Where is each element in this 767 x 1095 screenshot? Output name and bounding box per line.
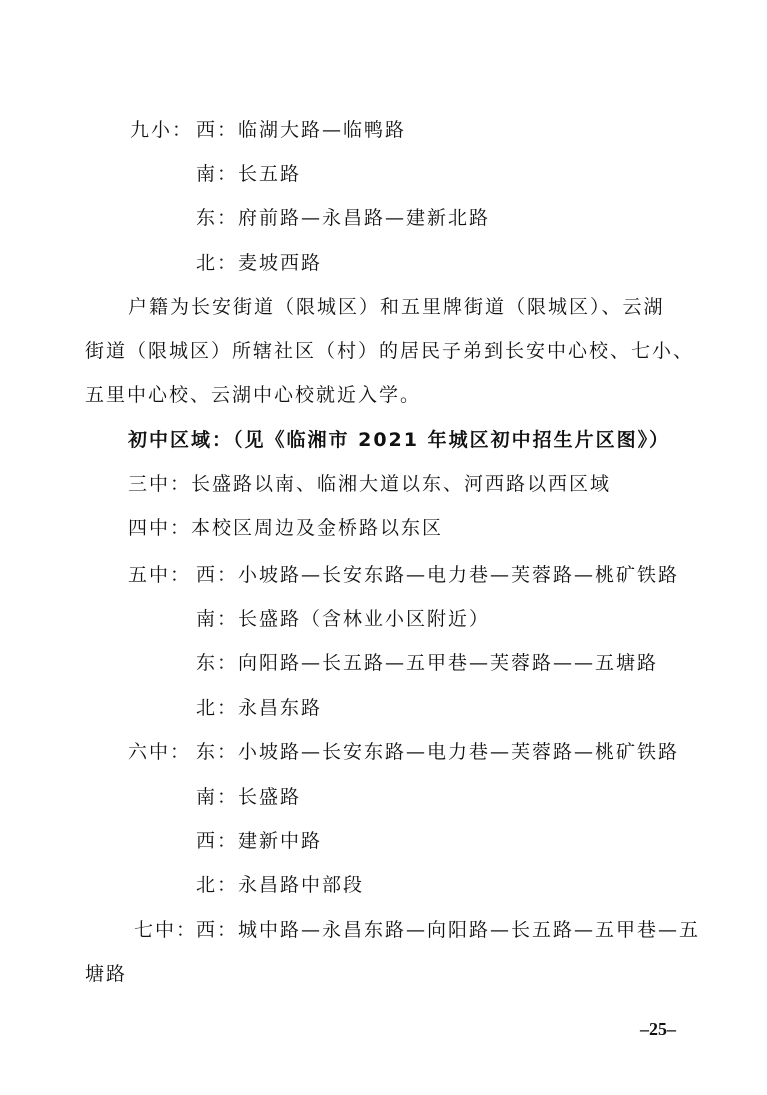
qizhong-west-boundary-line-1: 西：城中路—永昌东路—向阳路—长五路—五甲巷—五	[196, 918, 700, 942]
wuzhong-north-boundary: 北：永昌东路	[196, 696, 322, 720]
residence-paragraph-line-3: 五里中心校、云湖中心校就近入学。	[85, 383, 421, 407]
liuzhong-west-boundary: 西：建新中路	[196, 829, 322, 853]
liuzhong-east-boundary: 东：小坡路—长安东路—电力巷—芙蓉路—桃矿铁路	[196, 740, 679, 764]
sanzhong-region: 三中：长盛路以南、临湘大道以东、河西路以西区域	[128, 472, 611, 496]
jiuxiao-west-boundary: 西：临湖大路—临鸭路	[196, 118, 406, 142]
liuzhong-north-boundary: 北：永昌路中部段	[196, 873, 364, 897]
school-label-liuzhong: 六中：	[128, 740, 191, 764]
wuzhong-south-boundary: 南：长盛路（含林业小区附近）	[196, 607, 490, 631]
school-label-qizhong: 七中：	[134, 918, 197, 942]
residence-paragraph-line-2: 街道（限城区）所辖社区（村）的居民子弟到长安中心校、七小、	[85, 339, 694, 363]
school-label-jiuxiao: 九小：	[130, 118, 193, 142]
residence-paragraph-line-1: 户籍为长安街道（限城区）和五里牌街道（限城区）、云湖	[128, 295, 665, 319]
qizhong-west-boundary-line-2: 塘路	[85, 962, 127, 986]
jiuxiao-north-boundary: 北：麦坡西路	[196, 251, 322, 275]
middle-school-section-heading: 初中区域：（见《临湘市 2021 年城区初中招生片区图》）	[128, 428, 670, 452]
wuzhong-east-boundary: 东：向阳路—长五路—五甲巷—芙蓉路——五塘路	[196, 651, 658, 675]
jiuxiao-east-boundary: 东：府前路—永昌路—建新北路	[196, 206, 490, 230]
school-label-wuzhong: 五中：	[128, 563, 191, 587]
wuzhong-west-boundary: 西：小坡路—长安东路—电力巷—芙蓉路—桃矿铁路	[196, 563, 679, 587]
sizhong-region: 四中：本校区周边及金桥路以东区	[128, 516, 443, 540]
liuzhong-south-boundary: 南：长盛路	[196, 785, 301, 809]
page-number: –25–	[640, 1019, 676, 1040]
jiuxiao-south-boundary: 南：长五路	[196, 162, 301, 186]
